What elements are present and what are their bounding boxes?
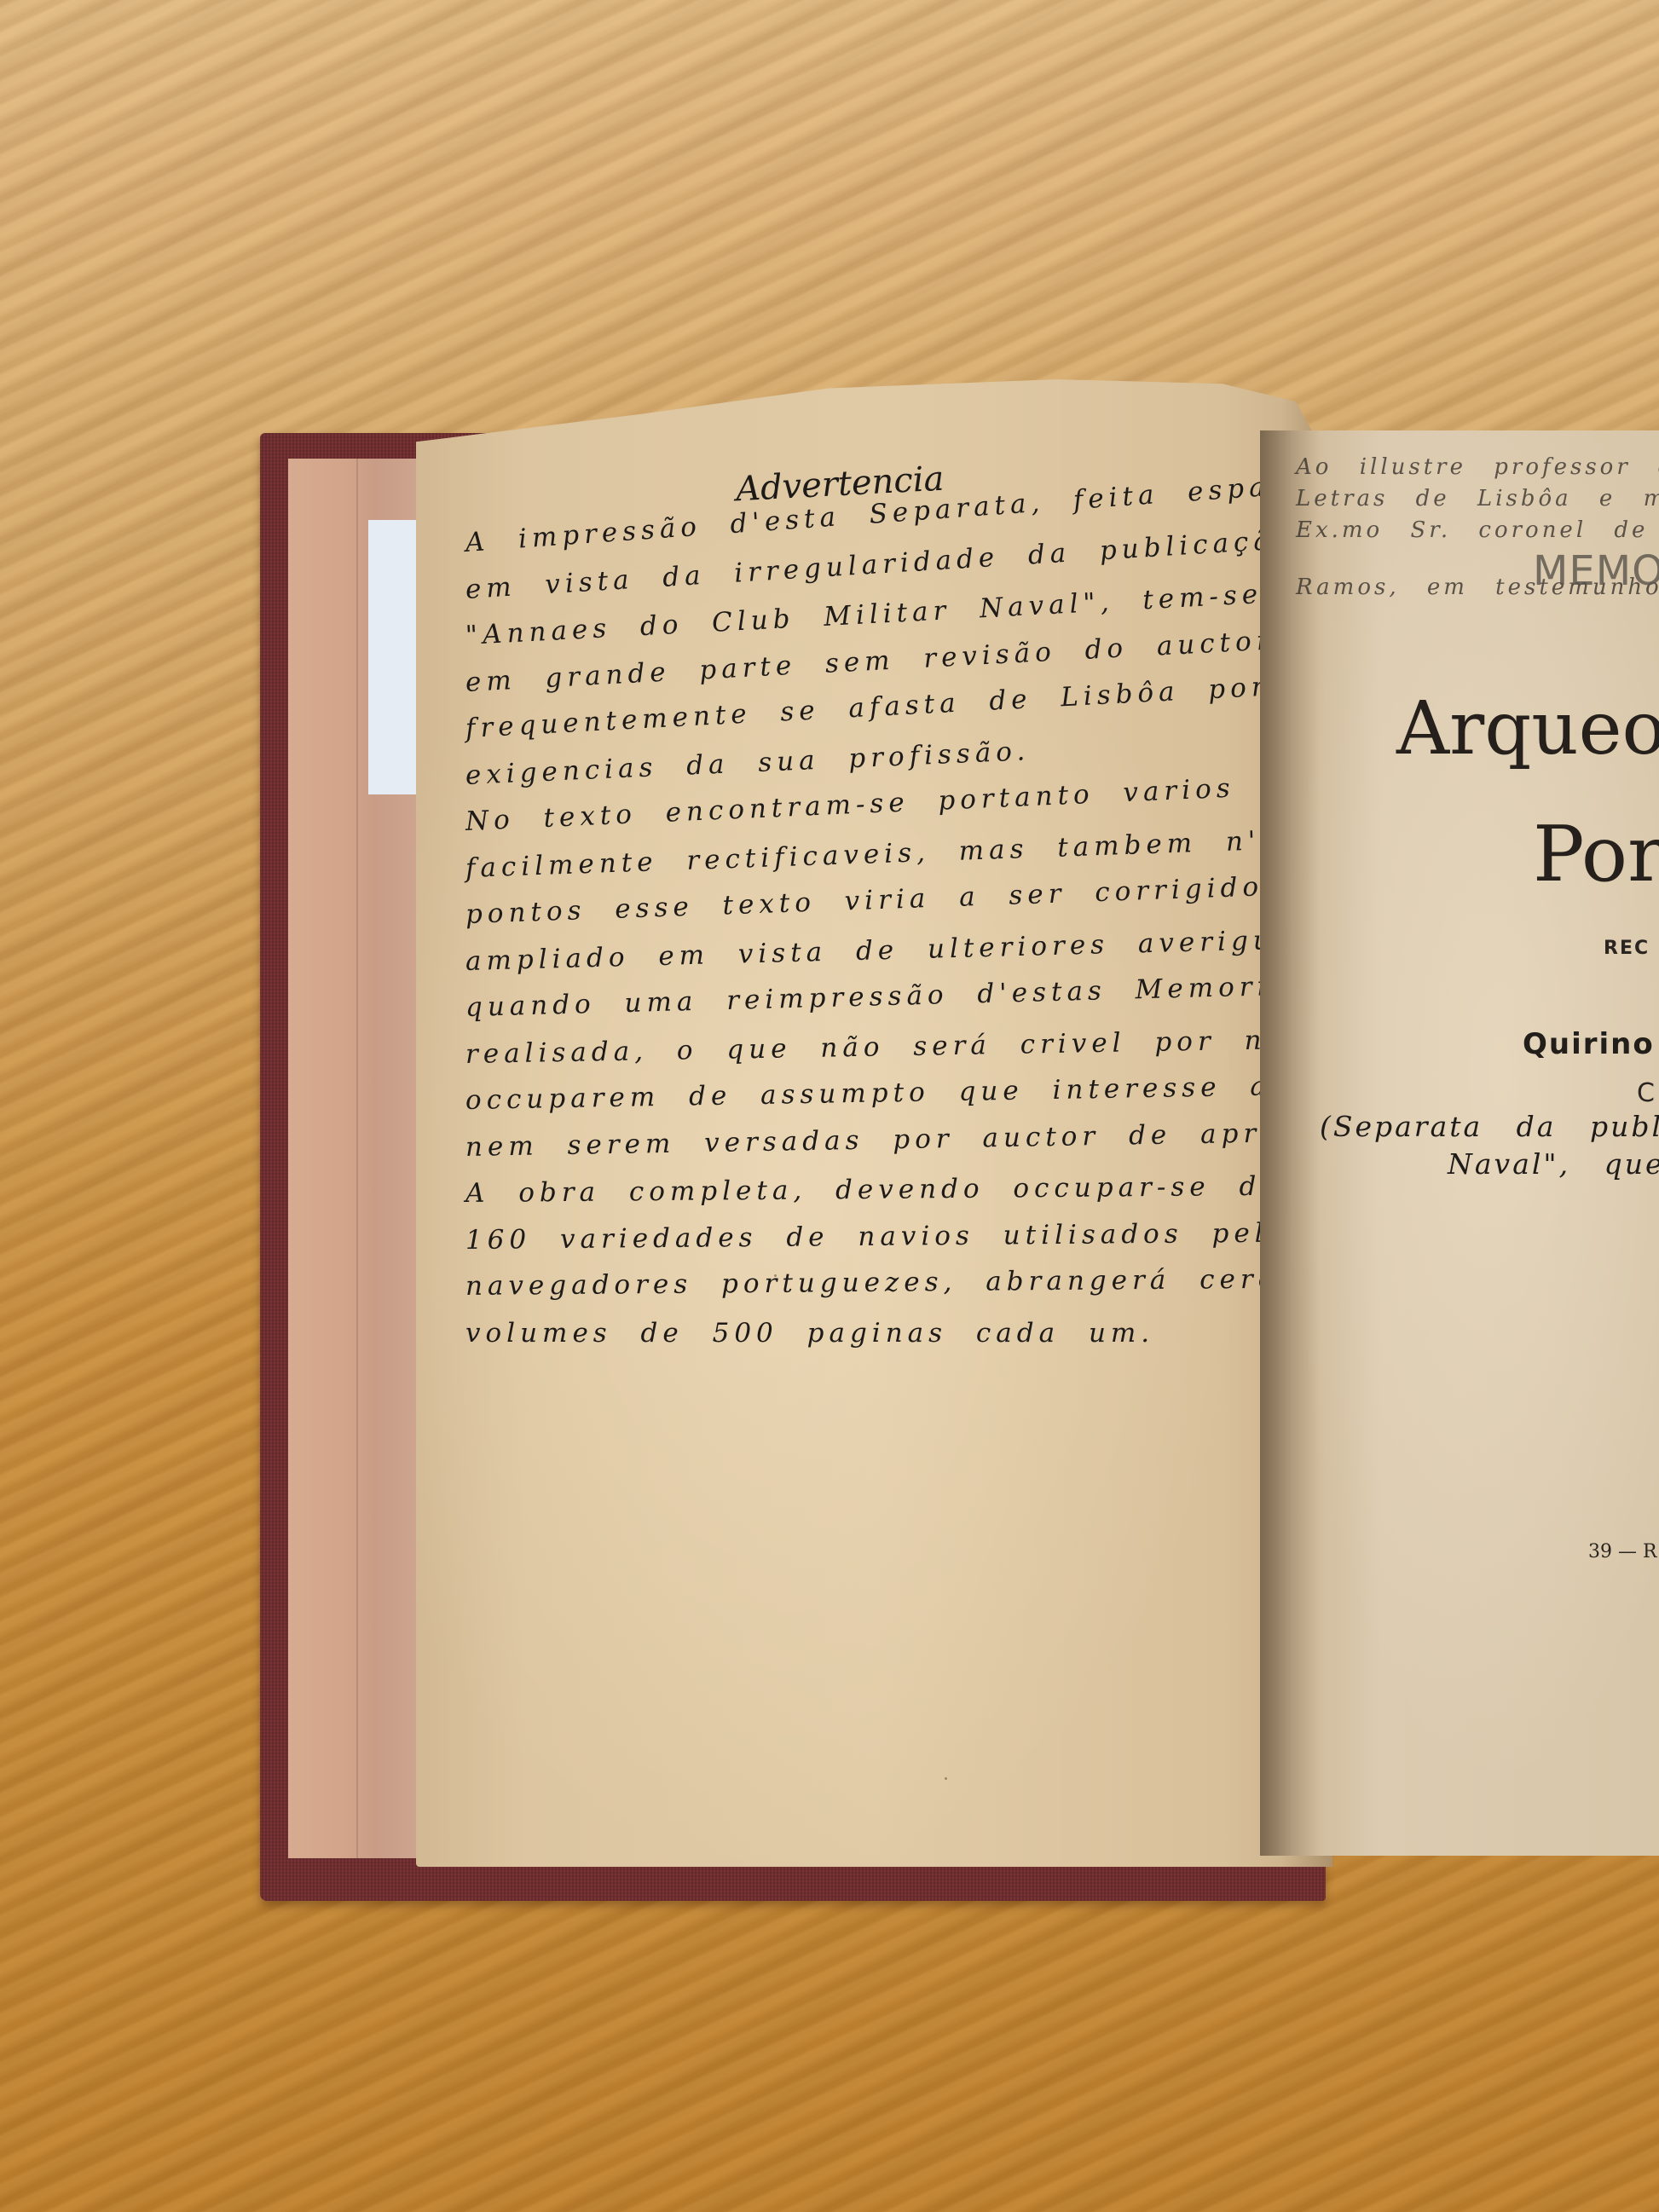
left-page-handwritten: Advertencia A impressão d'esta Separata,… <box>416 379 1332 1867</box>
dedication-line: Ao illustre professor da F <box>1296 452 1659 483</box>
handwritten-body: A impressão d'esta Separata, feita espas… <box>465 520 1284 1356</box>
text-line: A obra completa, devendo occupar-se de m… <box>465 1164 1284 1217</box>
endpaper-fold <box>356 459 358 1858</box>
author-name: Quirino <box>1523 1027 1655 1061</box>
separata-note-line: Naval", que <box>1320 1146 1659 1183</box>
paper-speck <box>774 1274 777 1277</box>
subtitle-label: REC <box>1604 938 1650 959</box>
printed-header-stamp: MEMO <box>1533 547 1659 595</box>
book-title-line-2: Port <box>1533 810 1659 899</box>
text-line: volumes de 500 paginas cada um. <box>465 1310 1284 1357</box>
separata-note: (Separata da publicação Naval", que <box>1320 1108 1659 1183</box>
gutter-shadow <box>1260 430 1320 1856</box>
author-initial: C <box>1637 1078 1655 1108</box>
paper-speck <box>945 1777 947 1780</box>
dedication-line: Letras de Lisbôa e meu <box>1296 483 1659 515</box>
book-title-line-1: Arqueolog <box>1396 686 1659 771</box>
right-page-title: Ao illustre professor da F Letras de Lis… <box>1260 430 1659 1856</box>
dedication-line: Ex.mo Sr. coronel de Cabo <box>1296 515 1659 546</box>
separata-note-line: (Separata da publicação <box>1320 1108 1659 1146</box>
text-line: navegadores portuguezes, abrangerá cerca… <box>465 1256 1284 1310</box>
text-line: 160 variedades de navios utilisados pelo… <box>465 1210 1284 1263</box>
page-signature: 39 — R <box>1588 1541 1657 1562</box>
